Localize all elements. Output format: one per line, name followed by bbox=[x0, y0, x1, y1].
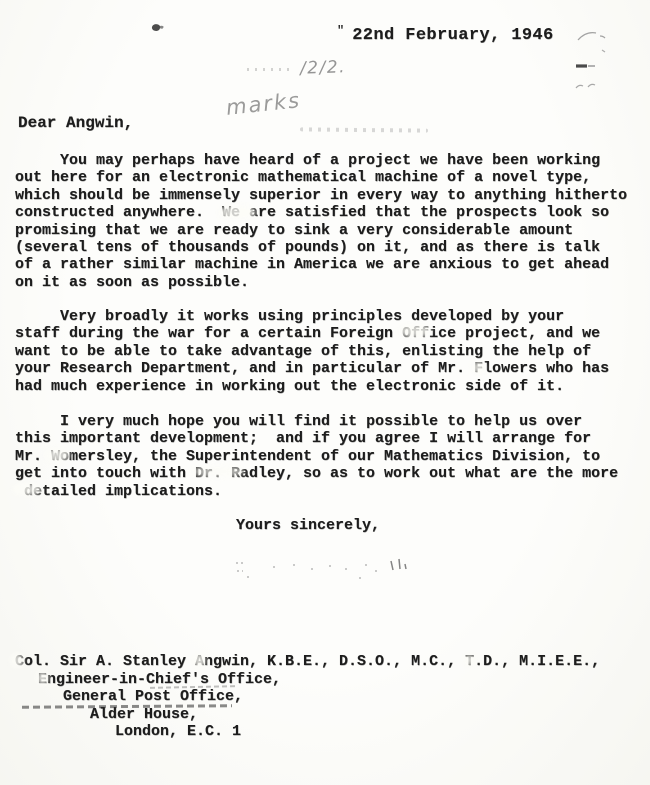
fade-artifact bbox=[218, 205, 256, 220]
faded-text-smudge bbox=[300, 127, 428, 132]
date: 22nd February, 1946 bbox=[352, 26, 553, 45]
fade-artifact bbox=[190, 465, 245, 478]
pencil-scribbles bbox=[572, 26, 634, 94]
address-line: London, E.C. 1 bbox=[115, 723, 600, 741]
paragraph-1: You may perhaps have heard of a project … bbox=[15, 152, 627, 291]
address-line: Col. Sir A. Stanley Angwin, K.B.E., D.S.… bbox=[15, 653, 600, 671]
fade-artifact bbox=[44, 448, 70, 462]
fade-artifact bbox=[12, 483, 42, 496]
address-line: General Post Office, bbox=[63, 688, 600, 706]
date-line: " 22nd February, 1946 bbox=[337, 26, 554, 45]
fade-artifact bbox=[463, 654, 476, 666]
date-mark: " bbox=[337, 24, 344, 38]
fade-artifact bbox=[472, 361, 486, 374]
address-line: Alder House, bbox=[90, 706, 600, 724]
address-line: Engineer-in-Chief's Office, bbox=[38, 671, 600, 689]
letter-page: " 22nd February, 1946 /2/2. marks Dear A… bbox=[0, 0, 650, 785]
paragraph-3: I very much hope you will find it possib… bbox=[15, 413, 618, 500]
fade-artifact bbox=[398, 324, 432, 338]
ink-smudge bbox=[151, 23, 161, 32]
fade-artifact bbox=[36, 671, 49, 685]
erased-pencil-dots bbox=[247, 68, 295, 71]
salutation: Dear Angwin, bbox=[18, 115, 133, 132]
fade-artifact bbox=[193, 653, 206, 668]
pencil-reference-annotation: /2/2. bbox=[300, 57, 347, 79]
faded-signature bbox=[233, 556, 413, 590]
fade-artifact bbox=[10, 653, 24, 668]
pencil-word-annotation: marks bbox=[225, 88, 302, 120]
paragraph-2: Very broadly it works using principles d… bbox=[15, 308, 609, 395]
closing: Yours sincerely, bbox=[236, 517, 380, 534]
recipient-address: Col. Sir A. Stanley Angwin, K.B.E., D.S.… bbox=[15, 653, 600, 741]
